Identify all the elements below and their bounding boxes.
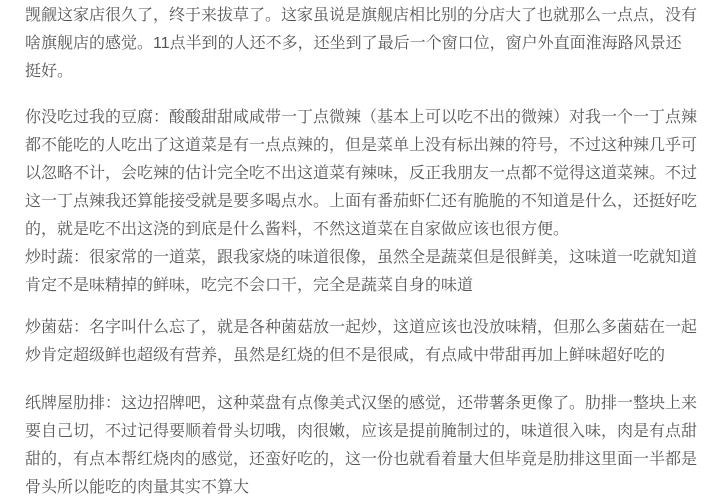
review-paragraph-tofu-dish: 你没吃过我的豆腐：酸酸甜甜咸咸带一丁点微辣（基本上可以吃不出的微辣）对我一个一丁…	[25, 104, 697, 244]
review-paragraph-stir-fried-mushrooms: 炒菌菇：名字叫什么忘了，就是各种菌菇放一起炒，这道应该也没放味精，但那么多菌菇在…	[25, 314, 697, 370]
review-paragraph-intro: 觊觎这家店很久了，终于来拔草了。这家虽说是旗舰店相比别的分店大了也就那么一点点，…	[25, 2, 697, 86]
review-text-page: 觊觎这家店很久了，终于来拔草了。这家虽说是旗舰店相比别的分店大了也就那么一点点，…	[0, 0, 713, 498]
review-paragraph-ribs-dish: 纸牌屋肋排：这边招牌吧，这种菜盘有点像美式汉堡的感觉，还带薯条更像了。肋排一整块…	[25, 390, 697, 498]
review-paragraph-stir-fried-vegetables: 炒时蔬：很家常的一道菜，跟我家烧的味道很像，虽然全是蔬菜但是很鲜美，这味道一吃就…	[25, 244, 697, 300]
